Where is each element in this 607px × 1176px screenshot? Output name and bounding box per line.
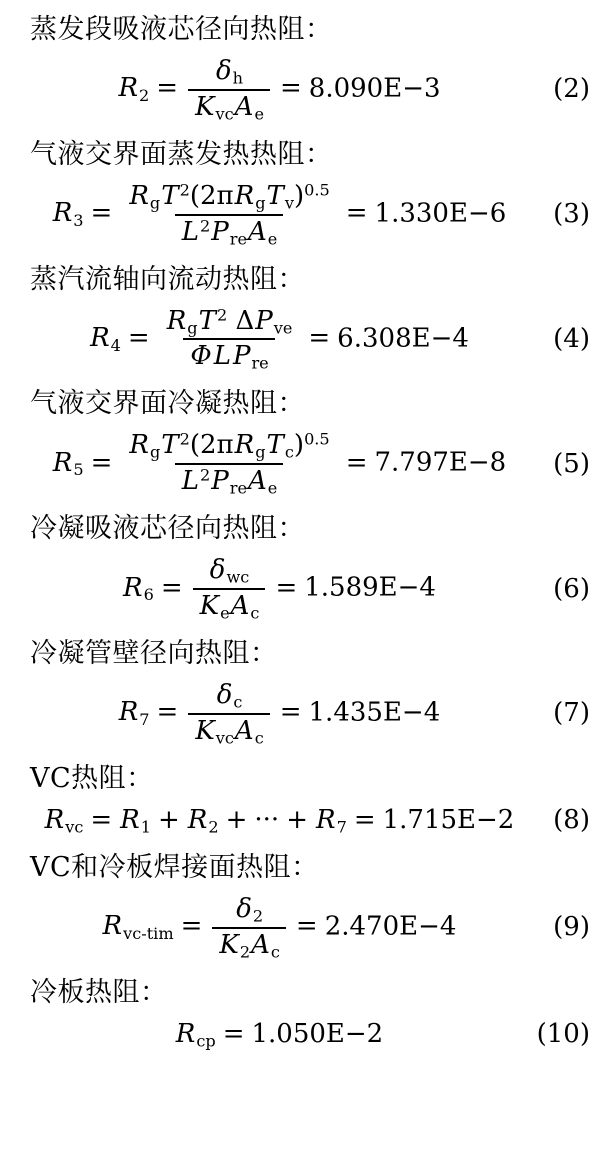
math-subscript: c <box>271 942 280 961</box>
equation-row: R6=δwcKeAc=1.589E−4 (6) <box>30 555 590 622</box>
math-token: P <box>232 341 252 371</box>
math-subscript: c <box>233 692 242 711</box>
fraction-denominator: L2PreAe <box>175 214 284 248</box>
math-token: T <box>160 430 179 460</box>
section-label: VC和冷板焊接面热阻： <box>30 850 590 886</box>
section-interface-evaporation: 气液交界面蒸发热热阻： R3=RgT2(2πRgTv)0.5L2PreAe=1.… <box>30 137 590 248</box>
fraction: RgT2(2πRgTv)0.5L2PreAe <box>122 181 335 248</box>
math-subscript: e <box>268 229 278 248</box>
math-token: T <box>266 430 285 460</box>
math-superscript: 0.5 <box>304 430 330 449</box>
math-subscript: 2 <box>139 86 149 105</box>
section-label: 蒸汽流轴向流动热阻： <box>30 262 590 298</box>
math-token: R <box>315 805 337 835</box>
equation: R7=δcKvcAc=1.435E−4 <box>30 680 528 747</box>
math-token: R <box>52 198 74 228</box>
math-token: = <box>84 448 120 478</box>
math-token: Φ <box>189 341 212 371</box>
math-subscript: 7 <box>139 710 149 729</box>
math-subscript: 2 <box>208 817 218 836</box>
math-token: = <box>339 198 375 228</box>
fraction-numerator: δ2 <box>229 894 269 927</box>
math-token: = <box>273 73 309 103</box>
equation: Rcp=1.050E−2 <box>30 1019 528 1050</box>
math-subscript: e <box>220 604 230 623</box>
section-label: 蒸发段吸液芯径向热阻： <box>30 12 590 48</box>
math-subscript: g <box>150 443 160 462</box>
math-subscript: v <box>285 193 294 212</box>
fraction: δwcKeAc <box>193 555 266 622</box>
math-token: 1.330E−6 <box>375 198 507 228</box>
equation-row: R5=RgT2(2πRgTc)0.5L2PreAe=7.797E−8 (5) <box>30 430 590 497</box>
math-subscript: g <box>255 193 265 212</box>
fraction-numerator: δwc <box>203 555 255 588</box>
math-token: K <box>194 92 215 122</box>
math-token: ) <box>294 430 304 460</box>
equation: R6=δwcKeAc=1.589E−4 <box>30 555 528 622</box>
fraction-numerator: RgT2 ΔPve <box>160 306 299 339</box>
equation-row: R4=RgT2 ΔPveΦLPre=6.308E−4 (4) <box>30 306 590 373</box>
math-token: = <box>150 697 186 727</box>
math-superscript: 2 <box>180 180 190 199</box>
fraction-denominator: L2PreAe <box>175 463 284 497</box>
math-subscript: vc-tim <box>123 924 173 943</box>
paper-page: 蒸发段吸液芯径向热阻： R2=δhKvcAe=8.090E−3 (2) 气液交界… <box>0 0 607 1176</box>
math-subscript: wc <box>226 568 249 587</box>
equation-number: (5) <box>528 449 590 479</box>
math-token: R <box>44 805 66 835</box>
math-subscript: vc <box>216 728 234 747</box>
math-token: δ <box>209 555 227 585</box>
math-subscript: 6 <box>144 585 154 604</box>
math-token: = <box>174 911 210 941</box>
math-token: P <box>210 466 230 496</box>
math-token: 1.435E−4 <box>309 697 441 727</box>
math-token: L <box>181 466 200 496</box>
section-condenser-wick: 冷凝吸液芯径向热阻： R6=δwcKeAc=1.589E−4 (6) <box>30 511 590 622</box>
math-token: R <box>52 448 74 478</box>
math-token: δ <box>235 894 253 924</box>
math-superscript: 2 <box>200 216 210 235</box>
equation-number: (3) <box>528 199 590 229</box>
math-token: 1.589E−4 <box>304 573 436 603</box>
math-subscript: cp <box>196 1031 215 1050</box>
math-token: 2.470E−4 <box>325 911 457 941</box>
section-label: 冷凝吸液芯径向热阻： <box>30 511 590 547</box>
section-label: 冷板热阻： <box>30 975 590 1011</box>
fraction-numerator: δc <box>210 680 249 713</box>
section-label: 冷凝管壁径向热阻： <box>30 636 590 672</box>
math-subscript: re <box>251 354 268 373</box>
math-token: + <box>279 805 315 835</box>
equation-number: (6) <box>528 574 590 604</box>
math-token: A <box>230 591 251 621</box>
math-token: R <box>187 805 209 835</box>
math-subscript: h <box>233 69 243 88</box>
math-token: R <box>128 430 150 460</box>
math-subscript: e <box>268 479 278 498</box>
math-token: + <box>151 805 187 835</box>
math-token: = <box>83 805 119 835</box>
equation-number: (10) <box>528 1019 590 1049</box>
section-vapor-axial-flow: 蒸汽流轴向流动热阻： R4=RgT2 ΔPveΦLPre=6.308E−4 (4… <box>30 262 590 373</box>
math-token: 8.090E−3 <box>309 73 441 103</box>
fraction-numerator: δh <box>209 56 249 89</box>
math-token: 1.715E−2 <box>383 805 515 835</box>
math-subscript: g <box>255 443 265 462</box>
math-subscript: e <box>254 104 264 123</box>
fraction-denominator: KeAc <box>193 588 266 622</box>
math-superscript: 0.5 <box>304 180 330 199</box>
fraction: RgT2(2πRgTc)0.5L2PreAe <box>122 430 335 497</box>
math-token: K <box>218 930 239 960</box>
math-token: R <box>89 323 111 353</box>
equation-number: (9) <box>528 912 590 942</box>
math-subscript: 1 <box>141 817 151 836</box>
equation-row: R7=δcKvcAc=1.435E−4 (7) <box>30 680 590 747</box>
section-vc-tim: VC和冷板焊接面热阻： Rvc-tim=δ2K2Ac=2.470E−4 (9) <box>30 850 590 961</box>
fraction: δhKvcAe <box>188 56 270 123</box>
math-token: = <box>273 697 309 727</box>
math-subscript: 3 <box>73 211 83 230</box>
math-token: L <box>181 217 200 247</box>
math-subscript: c <box>255 728 264 747</box>
math-subscript: g <box>187 318 197 337</box>
math-token: K <box>199 591 220 621</box>
math-subscript: vc <box>65 817 83 836</box>
math-token: = <box>121 323 157 353</box>
equation-row: R3=RgT2(2πRgTv)0.5L2PreAe=1.330E−6 (3) <box>30 181 590 248</box>
fraction-numerator: RgT2(2πRgTv)0.5 <box>122 181 335 214</box>
math-token: A <box>234 92 255 122</box>
math-token: δ <box>215 56 233 86</box>
math-token: = <box>84 198 120 228</box>
math-token: T <box>266 181 285 211</box>
math-subscript: ve <box>274 318 293 337</box>
math-subscript: 5 <box>73 460 83 479</box>
fraction: RgT2 ΔPveΦLPre <box>160 306 299 373</box>
math-token: = <box>268 573 304 603</box>
math-subscript: 2 <box>253 906 263 925</box>
section-label: 气液交界面蒸发热热阻： <box>30 137 590 173</box>
math-subscript: re <box>230 229 247 248</box>
fraction-denominator: KvcAe <box>188 89 270 123</box>
math-subscript: vc <box>216 104 234 123</box>
math-subscript: re <box>230 479 247 498</box>
fraction-denominator: KvcAc <box>188 713 269 747</box>
math-superscript: 2 <box>217 305 227 324</box>
math-superscript: 2 <box>200 466 210 485</box>
math-token: Δ <box>227 306 254 336</box>
math-token: R <box>117 73 139 103</box>
math-token: 1.050E−2 <box>251 1019 383 1049</box>
math-token: A <box>247 466 268 496</box>
section-condenser-wall: 冷凝管壁径向热阻： R7=δcKvcAc=1.435E−4 (7) <box>30 636 590 747</box>
math-subscript: c <box>250 604 259 623</box>
math-token: R <box>128 181 150 211</box>
math-token: = <box>339 448 375 478</box>
equation-number: (8) <box>528 805 590 835</box>
math-token: R <box>102 911 124 941</box>
math-token: T <box>198 306 217 336</box>
equation-number: (4) <box>528 324 590 354</box>
math-token: L <box>213 341 232 371</box>
math-token: A <box>234 716 255 746</box>
math-superscript: 2 <box>180 430 190 449</box>
math-token: 7.797E−8 <box>374 448 506 478</box>
math-token: = <box>149 73 185 103</box>
math-token: R <box>175 1019 197 1049</box>
math-token: R <box>118 697 140 727</box>
equation-number: (2) <box>528 74 590 104</box>
equation: R2=δhKvcAe=8.090E−3 <box>30 56 528 123</box>
math-token: P <box>254 306 274 336</box>
equation: R5=RgT2(2πRgTc)0.5L2PreAe=7.797E−8 <box>30 430 528 497</box>
fraction-numerator: RgT2(2πRgTc)0.5 <box>122 430 335 463</box>
equation-row: Rcp=1.050E−2 (10) <box>30 1019 590 1050</box>
math-token: K <box>194 716 215 746</box>
section-vc-total: VC热阻： Rvc=R1+R2+···+R7=1.715E−2 (8) <box>30 761 590 836</box>
math-subscript: g <box>150 193 160 212</box>
math-token: (2π <box>190 430 234 460</box>
section-label: VC热阻： <box>30 761 590 797</box>
math-token: + <box>219 805 255 835</box>
math-token: R <box>119 805 141 835</box>
math-token: 6.308E−4 <box>337 323 469 353</box>
math-token: ) <box>294 181 304 211</box>
math-token: R <box>234 181 256 211</box>
equation-row: R2=δhKvcAe=8.090E−3 (2) <box>30 56 590 123</box>
section-evaporator-wick: 蒸发段吸液芯径向热阻： R2=δhKvcAe=8.090E−3 (2) <box>30 12 590 123</box>
equation-row: Rvc-tim=δ2K2Ac=2.470E−4 (9) <box>30 894 590 961</box>
math-token: P <box>210 217 230 247</box>
math-token: = <box>154 573 190 603</box>
math-token: = <box>216 1019 252 1049</box>
fraction-denominator: ΦLPre <box>183 338 274 372</box>
math-token: T <box>160 181 179 211</box>
math-token: R <box>122 573 144 603</box>
equation-number: (7) <box>528 698 590 728</box>
equation-row: Rvc=R1+R2+···+R7=1.715E−2 (8) <box>30 805 590 836</box>
equation: R4=RgT2 ΔPveΦLPre=6.308E−4 <box>30 306 528 373</box>
math-subscript: 7 <box>337 817 347 836</box>
fraction: δcKvcAc <box>188 680 269 747</box>
equation: R3=RgT2(2πRgTv)0.5L2PreAe=1.330E−6 <box>30 181 528 248</box>
math-subscript: 4 <box>111 335 121 354</box>
math-token: = <box>301 323 337 353</box>
math-token: ··· <box>254 805 279 835</box>
math-token: A <box>247 217 268 247</box>
math-token: R <box>166 306 188 336</box>
math-subscript: 2 <box>240 942 250 961</box>
math-subscript: c <box>285 443 294 462</box>
equation: Rvc=R1+R2+···+R7=1.715E−2 <box>30 805 528 836</box>
math-token: (2π <box>190 181 234 211</box>
section-cold-plate: 冷板热阻： Rcp=1.050E−2 (10) <box>30 975 590 1050</box>
fraction: δ2K2Ac <box>212 894 286 961</box>
math-token: = <box>289 911 325 941</box>
fraction-denominator: K2Ac <box>212 927 286 961</box>
math-token: = <box>347 805 383 835</box>
math-token: δ <box>216 680 234 710</box>
math-token: A <box>250 930 271 960</box>
section-label: 气液交界面冷凝热阻： <box>30 386 590 422</box>
equation: Rvc-tim=δ2K2Ac=2.470E−4 <box>30 894 528 961</box>
math-token: R <box>234 430 256 460</box>
section-interface-condensation: 气液交界面冷凝热阻： R5=RgT2(2πRgTc)0.5L2PreAe=7.7… <box>30 386 590 497</box>
